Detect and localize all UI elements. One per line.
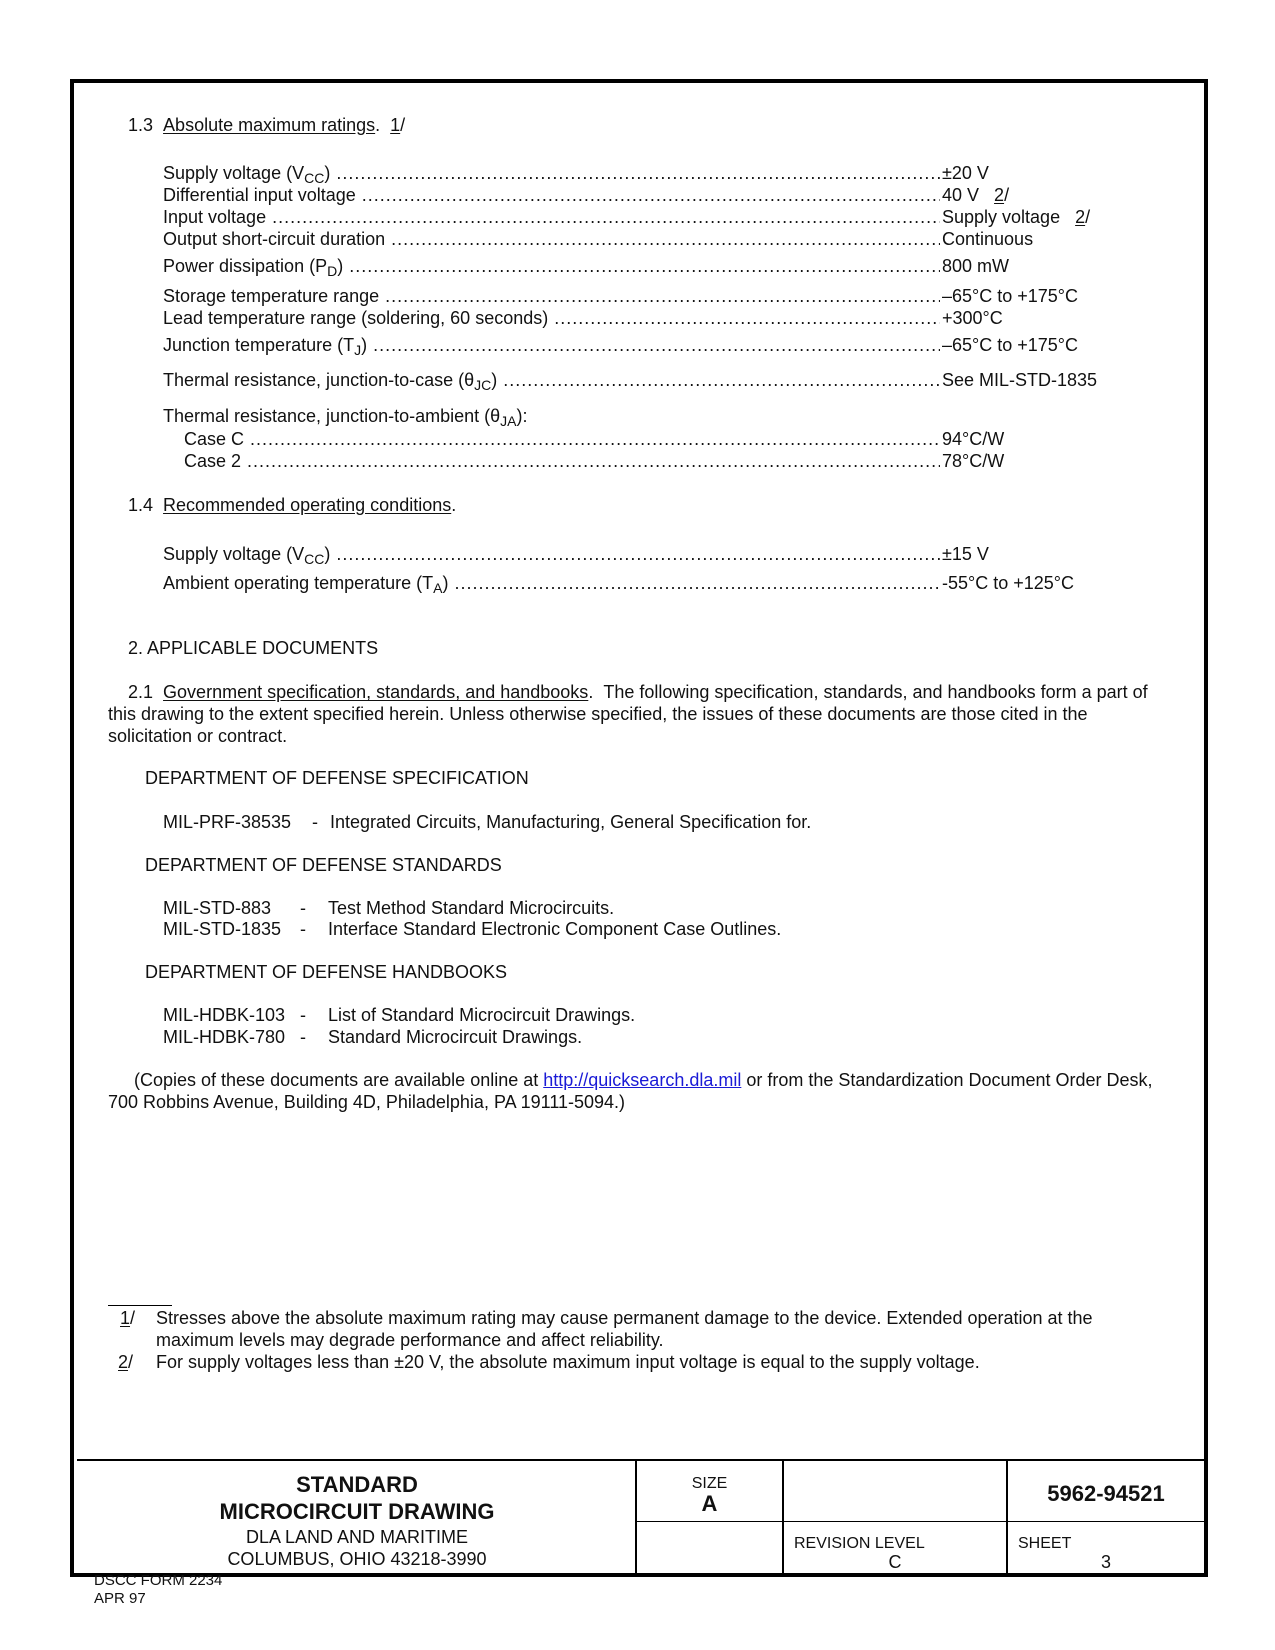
rating-value: ±20 V [942,162,989,184]
operating-value: -55°C to +125°C [942,572,1074,594]
rating-row: Lead temperature range (soldering, 60 se… [163,307,940,329]
case-value: 78°C/W [942,450,1004,472]
form-date: APR 97 [94,1590,146,1608]
footnote-mark: 2/ [108,1351,156,1373]
leader-dots [391,228,940,250]
rating-label: Supply voltage (VCC) [163,162,336,184]
footnote-ref[interactable]: 1 [390,115,400,135]
rating-value: –65°C to +175°C [942,334,1078,356]
title-block: STANDARD MICROCIRCUIT DRAWING DLA LAND A… [77,1459,1204,1575]
section-number: 1.3 [128,115,153,135]
document-title: Standard Microcircuit Drawings. [328,1026,582,1048]
theta-ja-heading: Thermal resistance, junction-to-ambient … [163,405,527,427]
document-group-heading: DEPARTMENT OF DEFENSE STANDARDS [145,854,502,876]
leader-dots [250,428,940,450]
form-number: DSCC FORM 2234 [94,1572,222,1590]
document-id: MIL-HDBK-780 [163,1026,285,1048]
case-label: Case 2 [184,450,247,472]
document-id: MIL-STD-1835 [163,918,281,940]
rating-row: Output short-circuit duration [163,228,940,250]
leader-dots [373,334,940,356]
footnote: 1/Stresses above the absolute maximum ra… [108,1307,1173,1351]
operating-row: Ambient operating temperature (TA) [163,572,940,594]
leader-dots [349,255,940,277]
section-2-heading: 2. APPLICABLE DOCUMENTS [128,637,378,659]
rating-value: 800 mW [942,255,1009,277]
document-id: MIL-HDBK-103 [163,1004,285,1026]
rating-value: 40 V 2/ [942,184,1009,206]
title-line-2: MICROCIRCUIT DRAWING [77,1498,637,1525]
rating-row: Storage temperature range [163,285,940,307]
rating-label: Power dissipation (PD) [163,255,349,277]
sheet-value: 3 [1008,1551,1204,1573]
leader-dots [362,184,940,206]
section-2-1-paragraph: 2.1 Government specification, standards,… [108,681,1173,747]
case-row: Case C [184,428,940,450]
leader-dots [554,307,940,329]
document-title: Integrated Circuits, Manufacturing, Gene… [330,811,811,833]
leader-dots [454,572,940,594]
leader-dots [336,162,940,184]
rating-value: Continuous [942,228,1033,250]
title-line-1: STANDARD [77,1471,637,1498]
operating-row: Supply voltage (VCC) [163,543,940,565]
document-title: Interface Standard Electronic Component … [328,918,781,940]
document-dash: - [300,897,306,919]
footnote-separator [108,1305,172,1306]
case-label: Case C [184,428,250,450]
size-value: A [637,1493,782,1515]
revision-value: C [784,1551,1006,1573]
leader-dots [247,450,940,472]
copies-paragraph: (Copies of these documents are available… [108,1069,1173,1113]
leader-dots [385,285,940,307]
org-line-1: DLA LAND AND MARITIME [77,1526,637,1548]
document-dash: - [300,1004,306,1026]
section-1-3-heading: 1.3 Absolute maximum ratings. 1/ [128,114,405,136]
footnote-text: For supply voltages less than ±20 V, the… [156,1351,980,1373]
rating-value: See MIL-STD-1835 [942,369,1097,391]
rating-label: Junction temperature (TJ) [163,334,373,356]
rating-value: –65°C to +175°C [942,285,1078,307]
leader-dots [503,369,940,391]
footnote: 2/For supply voltages less than ±20 V, t… [108,1351,1173,1373]
section-title: Absolute maximum ratings [163,115,375,135]
document-title: Test Method Standard Microcircuits. [328,897,614,919]
rating-row: Thermal resistance, junction-to-case (θJ… [163,369,940,391]
rating-label: Storage temperature range [163,285,385,307]
document-group-heading: DEPARTMENT OF DEFENSE HANDBOOKS [145,961,507,983]
case-row: Case 2 [184,450,940,472]
document-id: MIL-STD-883 [163,897,271,919]
rating-row: Power dissipation (PD) [163,255,940,277]
footnote-mark: 1/ [108,1307,156,1351]
org-line-2: COLUMBUS, OHIO 43218-3990 [77,1548,637,1570]
rating-value: Supply voltage 2/ [942,206,1090,228]
leader-dots [272,206,940,228]
footnote-ref[interactable]: 2 [1075,207,1085,227]
section-title: Recommended operating conditions [163,495,451,515]
rating-label: Lead temperature range (soldering, 60 se… [163,307,554,329]
rating-row: Supply voltage (VCC) [163,162,940,184]
rating-label: Input voltage [163,206,272,228]
document-title: List of Standard Microcircuit Drawings. [328,1004,635,1026]
document-dash: - [300,1026,306,1048]
document-group-heading: DEPARTMENT OF DEFENSE SPECIFICATION [145,767,529,789]
rating-row: Input voltage [163,206,940,228]
rating-label: Differential input voltage [163,184,362,206]
document-dash: - [300,918,306,940]
quicksearch-link[interactable]: http://quicksearch.dla.mil [543,1070,741,1090]
drawing-number: 5962-94521 [1008,1483,1204,1505]
document-dash: - [312,811,318,833]
operating-value: ±15 V [942,543,989,565]
rating-value: +300°C [942,307,1003,329]
case-value: 94°C/W [942,428,1004,450]
leader-dots [336,543,940,565]
footnote-text: Stresses above the absolute maximum rati… [156,1307,1173,1351]
rating-label: Ambient operating temperature (TA) [163,572,454,594]
rating-label: Output short-circuit duration [163,228,391,250]
rating-row: Differential input voltage [163,184,940,206]
rating-label: Thermal resistance, junction-to-case (θJ… [163,369,503,391]
rating-row: Junction temperature (TJ) [163,334,940,356]
footnote-ref[interactable]: 2 [994,185,1004,205]
rating-label: Supply voltage (VCC) [163,543,336,565]
document-id: MIL-PRF-38535 [163,811,291,833]
section-1-4-heading: 1.4 Recommended operating conditions. [128,494,456,516]
